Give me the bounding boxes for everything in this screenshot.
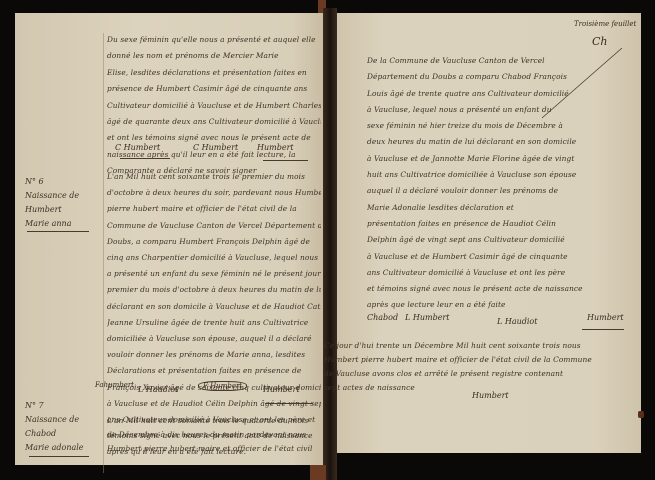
text-line: vouloir donner les prénoms de Marie anna… <box>107 347 321 363</box>
text-line: Du sexe féminin qu'elle nous a présenté … <box>107 32 321 48</box>
signature-flourish <box>120 158 170 159</box>
text-line: déclarant en son domicile à Vaucluse et … <box>107 299 321 315</box>
signature: L Haudiot <box>138 385 178 394</box>
text-line: présence de Humbert Casimir âgé de cinqu… <box>107 81 321 97</box>
text-line: sept actes de naissance <box>324 381 614 395</box>
text-line: Cultivateur domicilié à Vaucluse et de H… <box>107 98 321 114</box>
signature-flourish <box>582 329 624 330</box>
entry-6-margin: N° 6 Naissance de Humbert Marie anna <box>25 175 79 231</box>
text-line: deux heures du matin de lui déclarant en… <box>367 134 629 150</box>
text-line: Doubs, a comparu Humbert François Delphi… <box>107 234 321 250</box>
text-line: Jeanne Ursuline âgée de trente huit ans … <box>107 315 321 331</box>
entry-title: Naissance de <box>25 413 84 427</box>
entry-given-name: Marie anna <box>25 217 79 231</box>
signature: Humbert <box>263 385 300 394</box>
entry-surname: Humbert <box>25 203 79 217</box>
closing-signature: Humbert <box>472 391 509 400</box>
text-line: Commune de Vaucluse Canton de Vercel Dép… <box>107 218 321 234</box>
margin-divider <box>27 231 89 232</box>
signature: Humbert <box>587 313 624 322</box>
text-line: premier du mois d'octobre à deux heures … <box>107 282 321 298</box>
text-line: à Vaucluse et de Jannotte Marie Florine … <box>367 151 629 167</box>
text-line: donné les nom et prénoms de Mercier Mari… <box>107 48 321 64</box>
signature: Chabod <box>367 313 398 322</box>
entry-number: N° 7 <box>25 399 84 413</box>
margin-divider <box>29 456 89 457</box>
entry-title: Naissance de <box>25 189 79 203</box>
signature: L Haudiot <box>497 317 537 326</box>
entry-7-margin: N° 7 Naissance de Chabod Marie adonale <box>25 399 84 455</box>
text-line: Humbert pierre hubert maire et officier … <box>107 442 321 456</box>
signature: C Humbert <box>115 143 160 152</box>
text-line: à Vaucluse et de Humbert Casimir âgé de … <box>367 249 629 265</box>
margin-rule <box>103 33 104 473</box>
signature-flourish <box>265 403 313 404</box>
text-line: de Vaucluse avons clos et arrêté le prés… <box>324 367 614 381</box>
left-page: Du sexe féminin qu'elle nous a présenté … <box>15 13 323 465</box>
signature-flourish <box>263 160 308 161</box>
book-gutter <box>323 8 337 480</box>
text-line: L'an Mil huit cent soixante trois le qua… <box>107 414 321 428</box>
text-line: après que lecture leur en a été faite <box>367 297 629 313</box>
text-line: Elise, lesdites déclarations et présenta… <box>107 65 321 81</box>
text-line: et témoins signé avec nous le présent ac… <box>367 281 629 297</box>
signature: C Humbert <box>193 143 238 152</box>
strike-line <box>537 43 627 123</box>
text-line: présentation faites en présence de Haudi… <box>367 216 629 232</box>
text-line: Delphin âgé de vingt sept ans Cultivateu… <box>367 232 629 248</box>
signature: L Humbert <box>405 313 449 322</box>
binding-tab-bottom <box>310 465 326 480</box>
text-line: Marie Adonalie lesdites déclaration et <box>367 200 629 216</box>
text-line: ans Cultivateur domicilié à Vaucluse et … <box>367 265 629 281</box>
right-page: Troisième feuillet Ch De la Commune de V… <box>337 13 641 453</box>
entry-surname: Chabod <box>25 427 84 441</box>
text-line: a présenté un enfant du sexe féminin né … <box>107 266 321 282</box>
closing-statement: Ce jour d'hui trente un Décembre Mil hui… <box>324 339 614 395</box>
text-line: auquel il a déclaré vouloir donner les p… <box>367 183 629 199</box>
text-line: de Décembre à dix heures du matin pardev… <box>107 428 321 442</box>
entry-given-name: Marie adonale <box>25 441 84 455</box>
signature: F Humbert <box>198 381 247 391</box>
text-line: Déclarations et présentation faites en p… <box>107 363 321 379</box>
text-line: Humbert pierre hubert maire et officier … <box>324 353 614 367</box>
text-line: âgé de quarante deux ans Cultivateur dom… <box>107 114 321 130</box>
entry-number: N° 6 <box>25 175 79 189</box>
text-line: L'an Mil huit cent soixante trois le pre… <box>107 169 321 185</box>
text-line: d'octobre à deux heures du soir, pardeva… <box>107 185 321 201</box>
text-line: huit ans Cultivatrice domiciliée à Vaucl… <box>367 167 629 183</box>
ink-blot <box>638 411 644 418</box>
signature: Fahumbert <box>95 381 134 389</box>
signature: Humbert <box>257 143 294 152</box>
text-line: domiciliée à Vaucluse son épouse, auquel… <box>107 331 321 347</box>
text-line: cinq ans Charpentier domicilié à Vauclus… <box>107 250 321 266</box>
page-header-note: Troisième feuillet <box>574 20 636 28</box>
entry-7-body: L'an Mil huit cent soixante trois le qua… <box>107 414 321 456</box>
text-line: pierre hubert maire et officier de l'éta… <box>107 201 321 217</box>
text-line: Ce jour d'hui trente un Décembre Mil hui… <box>324 339 614 353</box>
